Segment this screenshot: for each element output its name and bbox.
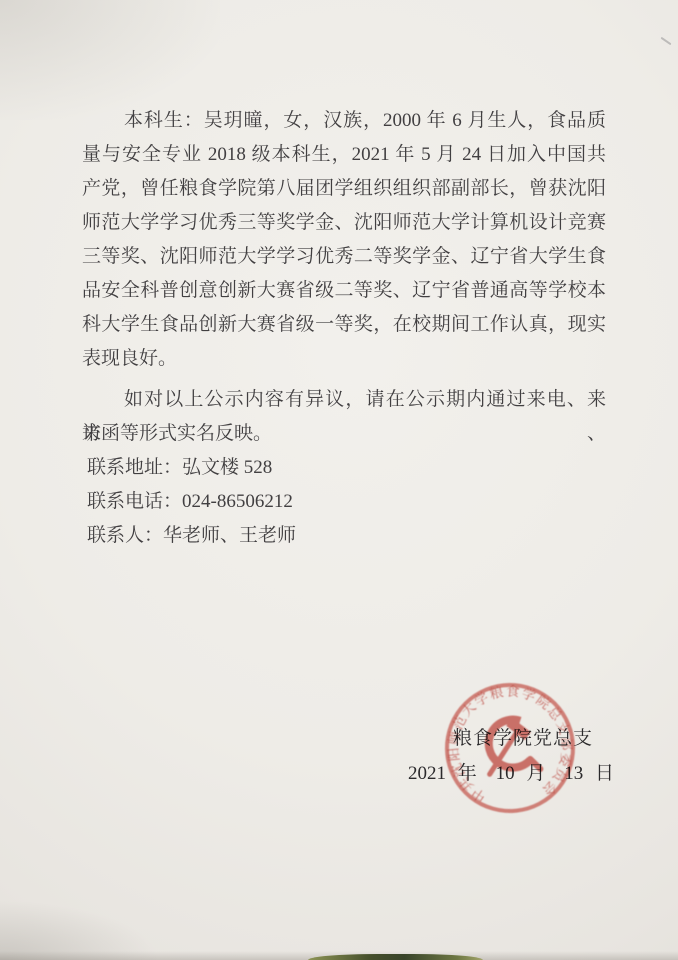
signature-date: 2021 年 10 月 13 日 [408,761,614,787]
body-line: 量与安全专业 2018 级本科生，2021 年 5 月 24 日加入中国共 [82,138,606,172]
body-line: 表现良好。 [82,342,606,376]
body-line: 联系人：华老师、王老师 [82,519,606,553]
body-line: 联系电话：024-86506212 [82,485,606,519]
background-object [308,954,483,960]
scan-artifact [661,37,672,46]
body-line: 师范大学学习优秀三等奖学金、沈阳师范大学计算机设计竞赛 [82,206,606,240]
paper-shading-top-left [0,0,220,120]
body-line: 产党，曾任粮食学院第八届团学组织组织部副部长，曾获沈阳 [82,172,606,206]
body-line: 科大学生食品创新大赛省级一等奖，在校期间工作认真，现实 [82,308,606,342]
body-line: 联系地址：弘文楼 528 [82,451,606,485]
document-page: 本科生：吴玥曈，女，汉族，2000 年 6 月生人，食品质量与安全专业 2018… [0,0,678,960]
body-line: 品安全科普创意创新大赛省级二等奖、辽宁省普通高等学校本 [82,274,606,308]
body-line: 如对以上公示内容有异议，请在公示期内通过来电、来访、 [82,383,606,417]
signature-org: 粮食学院党总支 [453,726,592,752]
body-line: 本科生：吴玥曈，女，汉族，2000 年 6 月生人，食品质 [82,104,606,138]
notice-body: 本科生：吴玥曈，女，汉族，2000 年 6 月生人，食品质量与安全专业 2018… [82,104,606,553]
body-line: 三等奖、沈阳师范大学学习优秀二等奖学金、辽宁省大学生食 [82,240,606,274]
